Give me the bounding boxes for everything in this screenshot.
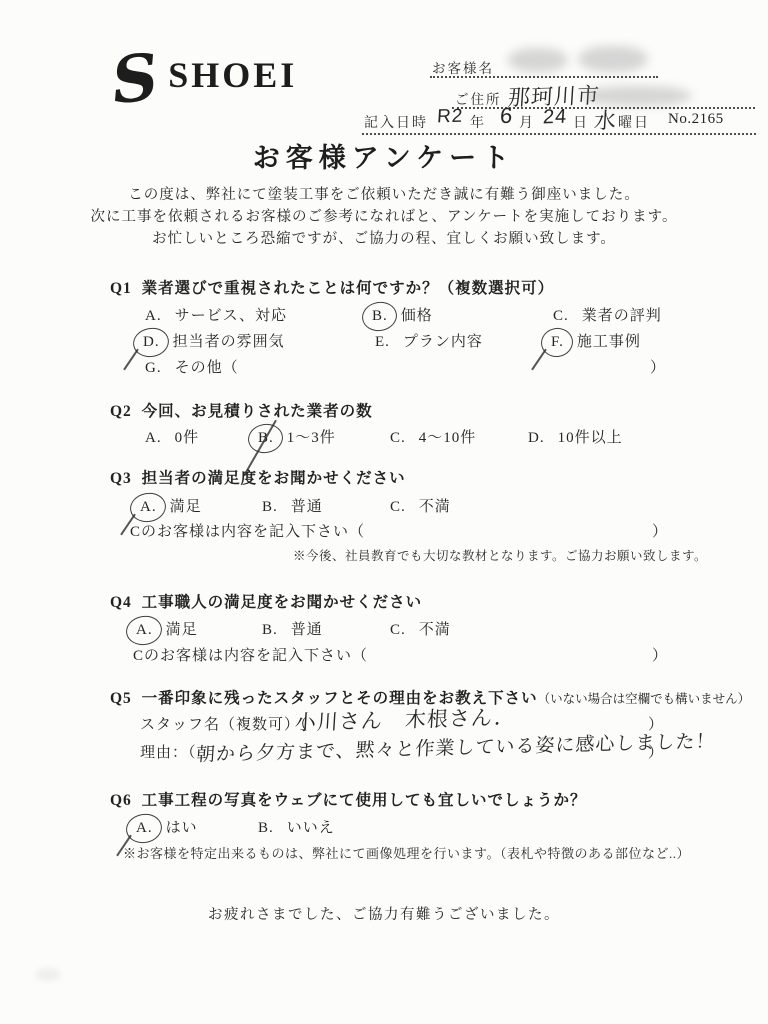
q1-option-e: E.プラン内容 bbox=[375, 330, 483, 351]
customer-name-label: お客様名 bbox=[432, 57, 494, 77]
q2-option-d: D.10件以上 bbox=[528, 426, 623, 447]
q4-option-b: B.普通 bbox=[262, 618, 323, 639]
date-weekday-handwritten: 水 bbox=[593, 104, 618, 136]
page-title: お客様アンケート bbox=[0, 136, 768, 175]
q6-option-b-label: いいえ bbox=[287, 820, 335, 836]
date-day-unit: 日 bbox=[573, 112, 589, 132]
q3-option-b-key: B. bbox=[262, 499, 278, 516]
q2-option-d-label: 10件以上 bbox=[558, 430, 623, 446]
q2-option-a-label: 0件 bbox=[175, 430, 200, 446]
q1-number: Q1 bbox=[110, 280, 132, 297]
date-month-unit: 月 bbox=[519, 112, 535, 132]
q1-option-f-label: 施工事例 bbox=[577, 334, 641, 350]
redacted-name-smudge bbox=[508, 48, 568, 72]
q4-option-c-label: 不満 bbox=[419, 622, 451, 638]
q1-option-a: A.サービス、対応 bbox=[145, 304, 287, 325]
serial-number: No.2165 bbox=[668, 111, 724, 128]
q2-option-b-key: B. bbox=[258, 430, 274, 447]
q4-option-a-label: 満足 bbox=[166, 622, 198, 638]
q4-option-c: C.不満 bbox=[390, 618, 451, 639]
q4-title: Q4 工事職人の満足度をお聞かせください bbox=[110, 590, 422, 612]
q4-option-b-key: B. bbox=[262, 622, 278, 639]
q3-number: Q3 bbox=[110, 470, 132, 487]
q3-option-c: C.不満 bbox=[390, 495, 451, 516]
q2-option-b-label: 1〜3件 bbox=[287, 430, 336, 446]
q6-option-a-key: A. bbox=[136, 820, 153, 837]
q5-reason-label: 理由：（ bbox=[140, 741, 197, 762]
q1-option-g-label: その他（ bbox=[175, 360, 239, 376]
q4-option-b-label: 普通 bbox=[291, 622, 323, 638]
footer-thanks-text: お疲れさまでした、ご協力有難うございました。 bbox=[0, 903, 768, 924]
company-logo: S SHOEI bbox=[112, 48, 297, 112]
intro-line: この度は、弊社にて塗装工事をご依頼いただき誠に有難う御座いました。 bbox=[0, 183, 768, 204]
q1-option-g: G.その他（ bbox=[145, 356, 239, 377]
date-day-handwritten: 24 bbox=[542, 106, 568, 130]
date-label: 記入日時 bbox=[364, 112, 428, 132]
q1-option-e-key: E. bbox=[375, 334, 390, 351]
q3-option-c-key: C. bbox=[390, 499, 406, 516]
q1-option-a-label: サービス、対応 bbox=[175, 308, 287, 324]
q1-option-b-key: B. bbox=[372, 308, 388, 325]
q3-title: Q3 担当者の満足度をお聞かせください bbox=[110, 466, 406, 488]
q1-option-b-label: 価格 bbox=[401, 308, 433, 324]
date-weekday-unit: 曜日 bbox=[618, 112, 650, 132]
q1-option-c-key: C. bbox=[553, 308, 569, 325]
q2-title: Q2 今回、お見積りされた業者の数 bbox=[110, 399, 373, 421]
q1-text: 業者選びで重視されたことは何ですか？（複数選択可） bbox=[142, 280, 555, 297]
q1-option-c-label: 業者の評判 bbox=[582, 308, 662, 324]
q3-option-b: B.普通 bbox=[262, 495, 323, 516]
q4-option-a-key: A. bbox=[136, 622, 153, 639]
q6-note: ※お客様を特定出来るものは、弊社にて画像処理を行います。（表札や特徴のある部位な… bbox=[123, 843, 690, 862]
q6-number: Q6 bbox=[110, 792, 132, 809]
dotted-underline bbox=[362, 133, 756, 135]
q4-followup-label: Cのお客様は内容を記入下さい（ bbox=[133, 644, 368, 665]
redacted-address-smudge bbox=[582, 86, 692, 106]
q6-option-a-label: はい bbox=[166, 820, 198, 836]
q2-option-a-key: A. bbox=[145, 430, 162, 447]
q3-option-b-label: 普通 bbox=[291, 499, 323, 515]
q6-option-a: A.はい bbox=[136, 816, 198, 837]
q1-title: Q1 業者選びで重視されたことは何ですか？（複数選択可） bbox=[110, 276, 554, 298]
date-year-unit: 年 bbox=[470, 112, 486, 132]
q5-reason-close-paren: ） bbox=[648, 741, 664, 762]
date-month-handwritten: 6 bbox=[499, 103, 514, 129]
q3-option-c-label: 不満 bbox=[419, 499, 451, 515]
q2-option-a: A.0件 bbox=[145, 426, 199, 447]
q3-option-a-key: A. bbox=[140, 499, 157, 516]
q1-option-d: D.担当者の雰囲気 bbox=[143, 330, 285, 351]
intro-line: お忙しいところ恐縮ですが、ご協力の程、宜しくお願い致します。 bbox=[0, 227, 768, 248]
q2-number: Q2 bbox=[110, 403, 132, 420]
scan-noise-smudge bbox=[35, 968, 61, 981]
redacted-name-smudge bbox=[578, 46, 648, 72]
q3-followup-close-paren: ） bbox=[652, 520, 668, 541]
intro-line: 次に工事を依頼されるお客様のご参考になればと、アンケートを実施しております。 bbox=[0, 205, 768, 226]
q6-text: 工事工程の写真をウェブにて使用しても宜しいでしょうか？ bbox=[142, 792, 587, 809]
q6-option-b-key: B. bbox=[258, 820, 274, 837]
q4-followup-close-paren: ） bbox=[652, 644, 668, 665]
q2-option-c-label: 4〜10件 bbox=[419, 430, 477, 446]
q3-text: 担当者の満足度をお聞かせください bbox=[142, 470, 406, 487]
q1-option-b: B.価格 bbox=[372, 304, 433, 325]
q5-staff-label: スタッフ名（複数可）（ bbox=[140, 713, 309, 734]
q1-other-close-paren: ） bbox=[650, 356, 666, 377]
q2-option-b: B.1〜3件 bbox=[258, 426, 336, 447]
shoei-logo-text: SHOEI bbox=[168, 55, 297, 95]
q1-option-d-label: 担当者の雰囲気 bbox=[173, 334, 285, 350]
q4-option-c-key: C. bbox=[390, 622, 406, 639]
date-era-year-handwritten: R2 bbox=[436, 106, 464, 129]
q1-option-f: F.施工事例 bbox=[551, 330, 641, 351]
q5-number: Q5 bbox=[110, 690, 132, 707]
q1-option-g-key: G. bbox=[145, 360, 162, 377]
q1-option-a-key: A. bbox=[145, 308, 162, 325]
q3-note: ※今後、社員教育でも大切な教材となります。ご協力お願い致します。 bbox=[293, 546, 707, 564]
q4-option-a: A.満足 bbox=[136, 618, 198, 639]
q2-option-d-key: D. bbox=[528, 430, 545, 447]
q2-option-c: C.4〜10件 bbox=[390, 426, 476, 447]
q1-option-e-label: プラン内容 bbox=[403, 334, 483, 350]
q1-option-c: C.業者の評判 bbox=[553, 304, 662, 325]
q3-followup-label: Cのお客様は内容を記入下さい（ bbox=[130, 520, 365, 541]
q1-option-d-key: D. bbox=[143, 334, 160, 351]
q4-text: 工事職人の満足度をお聞かせください bbox=[142, 594, 423, 611]
q6-title: Q6 工事工程の写真をウェブにて使用しても宜しいでしょうか？ bbox=[110, 788, 586, 810]
q1-option-f-key: F. bbox=[551, 334, 564, 351]
q2-option-c-key: C. bbox=[390, 430, 406, 447]
q6-option-b: B.いいえ bbox=[258, 816, 335, 837]
q3-option-a-label: 満足 bbox=[170, 499, 202, 515]
q4-number: Q4 bbox=[110, 594, 132, 611]
q5-text-note: （いない場合は空欄でも構いません） bbox=[538, 692, 751, 706]
q3-option-a: A.満足 bbox=[140, 495, 202, 516]
q2-text: 今回、お見積りされた業者の数 bbox=[142, 403, 373, 420]
dotted-underline bbox=[430, 76, 658, 78]
survey-document: S SHOEI お客様名 ご住所 那珂川市 記入日時 R2 年 6 月 24 日… bbox=[0, 0, 768, 1024]
shoei-logo-icon: S bbox=[109, 46, 162, 114]
